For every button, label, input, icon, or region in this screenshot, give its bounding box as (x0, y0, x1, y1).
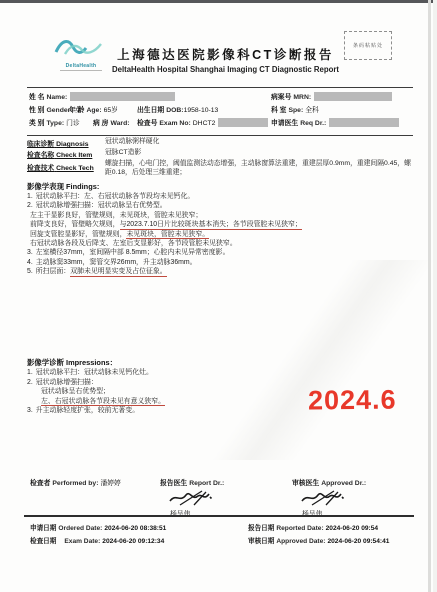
field-mrn: 病案号MRN: (271, 91, 392, 101)
finding-line: 回旋支管腔显影好，管壁规则，未见斑块，管腔未见狭窄。 (27, 230, 415, 239)
check-item-label: 检查名称 Check Item (27, 149, 92, 159)
report-doctor-block: 报告医生Report Dr.: 杨呈伟 (160, 477, 224, 518)
patient-row-2: 性 别Gender:女 年 龄Age:65岁 出生日期DOB:1958-10-1… (27, 104, 413, 116)
finding-line: 左主干显影良好，管壁规则，未见斑块，管腔未见狭窄； (27, 211, 415, 220)
review-date-stamp: 2024.6 (308, 385, 397, 417)
patient-row-3: 类 别Type:门诊 病 房Ward: 检查号Exam No:DHCT2 申请医… (27, 117, 413, 129)
barcode-paste-box: 条码粘贴处 (344, 31, 392, 60)
handwritten-signature-icon (300, 489, 348, 507)
patient-info-table: 姓 名Name: 病案号MRN: 性 别Gender:女 年 龄Age:65岁 … (27, 87, 413, 136)
report-title-zh: 上海德达医院影像科CT诊断报告 (98, 45, 353, 63)
report-title-en: DeltaHealth Hospital Shanghai Imaging CT… (98, 65, 353, 74)
field-ward: 病 房Ward: (93, 117, 132, 127)
impressions-heading: 影像学诊断 Impressions： (27, 357, 415, 368)
field-department: 科 室Spe:全科 (271, 104, 319, 114)
photo-right-margin (433, 0, 437, 592)
check-tech-label: 检查技术 Check Tech (27, 162, 94, 172)
handwritten-signature-icon (168, 489, 216, 507)
footer-divider (24, 515, 414, 517)
field-exam-no: 检查号Exam No:DHCT2 (137, 117, 268, 127)
ordered-date: 申请日期Ordered Date:2024-06-20 08:38:51 (30, 522, 166, 532)
finding-line: 2.冠状动脉增强扫描：冠状动脉呈右优势型。 (27, 201, 415, 210)
redacted-value (314, 92, 392, 101)
logo-tagline-line (60, 70, 102, 71)
field-name: 姓 名Name: (29, 91, 175, 101)
findings-section: 影像学表现 Findings: 1.冠状动脉平扫：左、右冠状动脉各节段均未见钙化… (27, 181, 415, 277)
approved-doctor-block: 审核医生Approved Dr.: 杨呈伟 (292, 477, 366, 518)
photo-right-edge (428, 0, 431, 592)
diagnosis-label: 临床诊断 Diagnosis (27, 138, 89, 148)
field-req-doctor: 申请医生Req Dr.: (271, 117, 399, 127)
check-item-value: 冠脉CT造影 (105, 149, 411, 158)
redacted-value (329, 118, 399, 127)
photo-top-edge (0, 0, 437, 3)
redacted-value (218, 118, 268, 127)
patient-row-1: 姓 名Name: 病案号MRN: (27, 91, 413, 103)
findings-heading: 影像学表现 Findings: (27, 181, 415, 192)
redacted-value (70, 92, 175, 101)
finding-line: 4.主动脉窦33mm，窦管交界26mm，升主动脉36mm。 (27, 258, 415, 267)
finding-line: 1.冠状动脉平扫：左、右冠状动脉各节段均未见钙化。 (27, 192, 415, 201)
performed-by-block: 检查者Performed by:潘婷婷 (30, 477, 121, 487)
reported-date: 报告日期Reported Date:2024-06-20 09:54 (248, 522, 378, 532)
finding-line: 3.左室横径37mm，室间隔中部 8.5mm；心腔内未见异常密度影。 (27, 248, 415, 257)
approved-date: 审核日期Approved Date:2024-06-20 09:54:41 (248, 535, 389, 545)
check-tech-value: 螺旋扫描，心电门控，阈值监测法动态增强，主动脉窗算法重建，重建层厚0.9mm，重… (105, 160, 411, 177)
exam-date: 检查日期Exam Date:2024-06-20 09:12:34 (30, 535, 164, 545)
diagnosis-value: 冠状动脉粥样硬化 (105, 138, 411, 147)
field-type: 类 别Type:门诊 (29, 117, 80, 127)
finding-line: 5.所扫层面：双肺未见明显实变及占位征象。 (27, 267, 415, 276)
impression-line: 1.冠状动脉平扫：冠状动脉未见钙化灶。 (27, 368, 415, 378)
ct-report-page: DeltaHealth 上海德达医院影像科CT诊断报告 DeltaHealth … (0, 0, 437, 592)
report-title-block: 上海德达医院影像科CT诊断报告 DeltaHealth Hospital Sha… (98, 45, 353, 74)
finding-line: 右冠状动脉各段及后降支、左室后支显影好，各节段管腔未见狭窄。 (27, 239, 415, 248)
field-dob: 出生日期DOB:1958-10-13 (137, 104, 218, 114)
field-age: 年 龄Age:65岁 (69, 104, 118, 114)
finding-line: 前降支良好，管壁略欠规则，与2023.7.10日片比较斑块基本消失；各节段管腔未… (27, 220, 415, 229)
